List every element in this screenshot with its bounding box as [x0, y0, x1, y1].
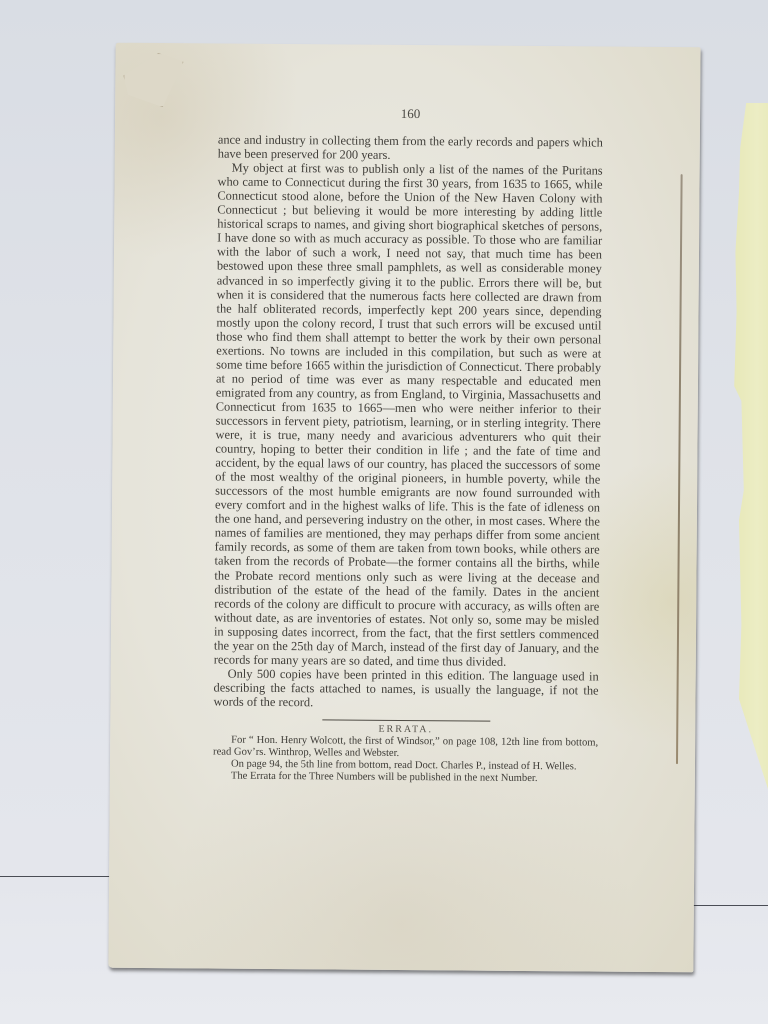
paragraph-continuation: ance and industry in collecting them fro… — [218, 133, 603, 164]
errata-section: ERRATA. For “ Hon. Henry Wolcott, the fi… — [213, 722, 598, 785]
paragraph-main: My object at first was to publish only a… — [214, 161, 603, 670]
errata-entry: For “ Hon. Henry Wolcott, the first of W… — [213, 734, 598, 761]
adjacent-yellow-sheet — [733, 103, 768, 848]
page-text: 160 ance and industry in collecting them… — [213, 106, 603, 786]
section-divider — [322, 719, 490, 721]
paragraph-edition-note: Only 500 copies have been printed in thi… — [213, 666, 598, 711]
table-edge-line-right — [690, 905, 768, 906]
table-edge-line-left — [0, 876, 120, 877]
page-number: 160 — [218, 106, 603, 123]
binding-stitch-line — [676, 174, 683, 764]
document-page: 160 ance and industry in collecting them… — [108, 43, 700, 973]
folded-corner — [123, 53, 183, 107]
